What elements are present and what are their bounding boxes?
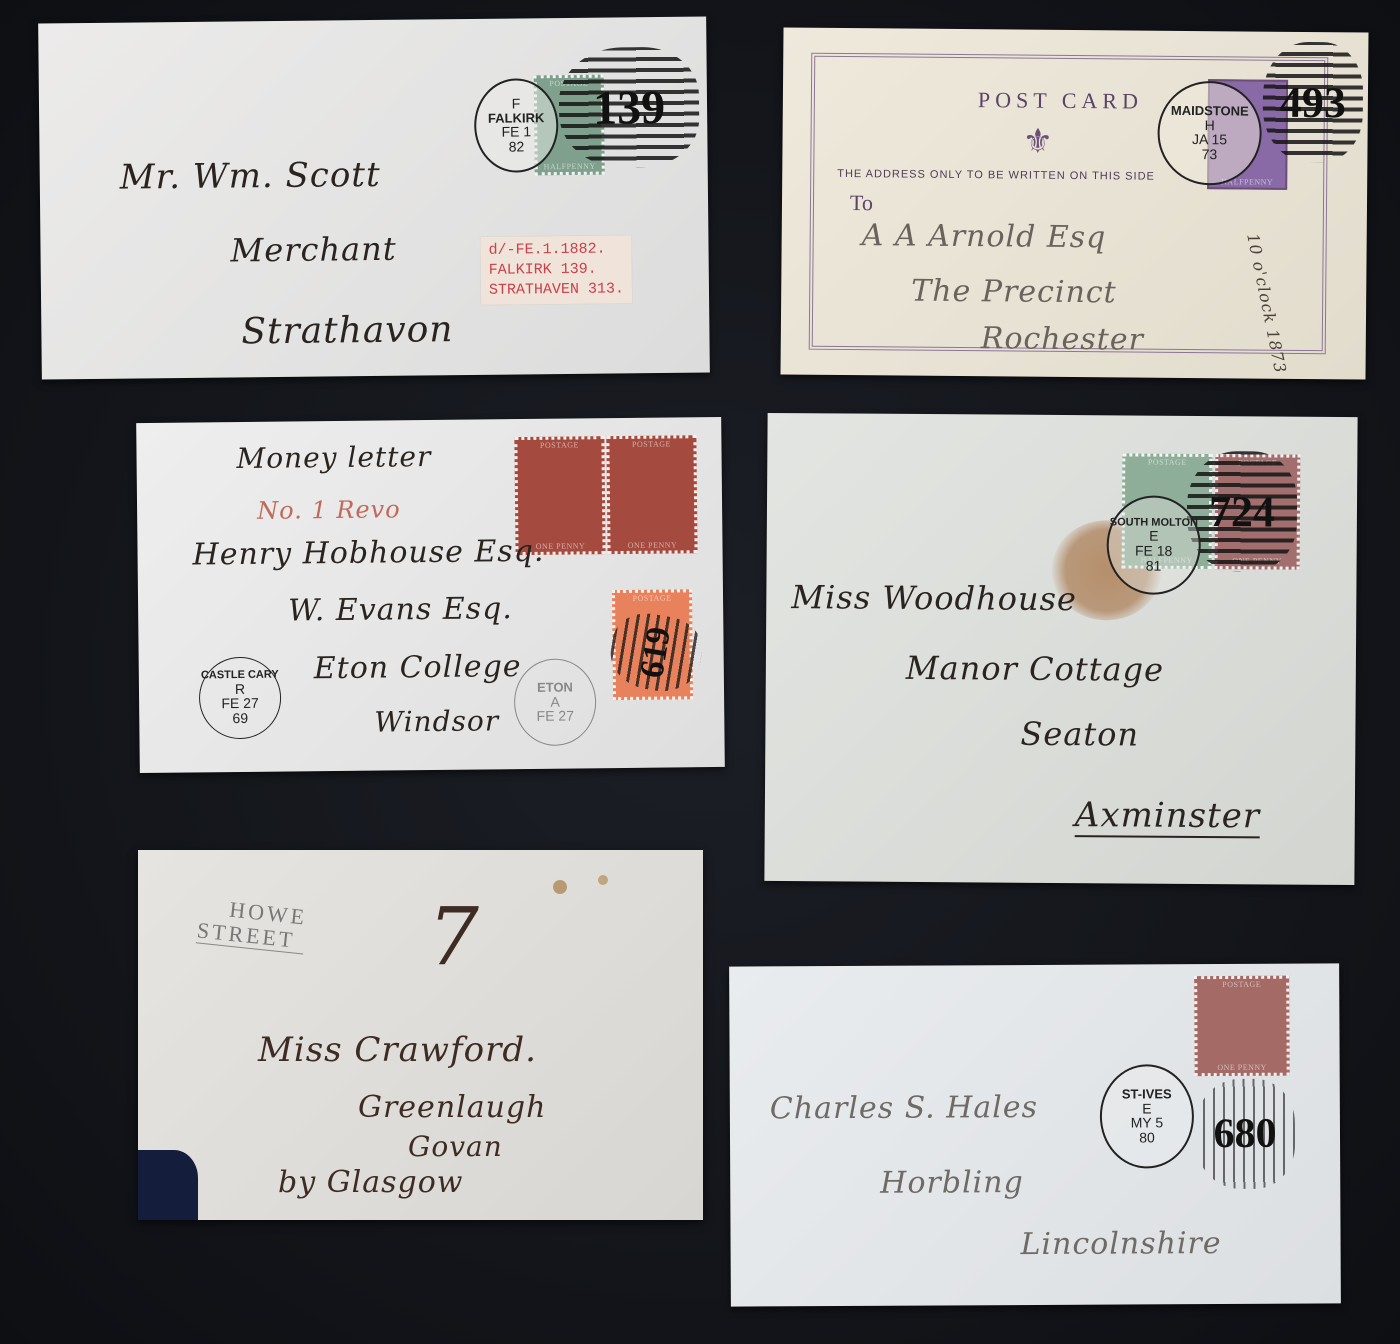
handstamp-howe-street: HOWE STREET	[196, 894, 309, 954]
postmark-maidstone: MAIDSTONE H JA 15 73	[1157, 81, 1262, 186]
penny-red-stamp: POSTAGE ONE PENNY	[606, 435, 697, 554]
address-line: Miss Crawford.	[258, 1030, 537, 1070]
address-line: Windsor	[374, 704, 499, 738]
address-line: Manor Cottage	[906, 649, 1164, 689]
postmark-st-ives: ST-IVES E MY 5 80	[1100, 1064, 1195, 1168]
cover-money-letter: POSTAGE ONE PENNY POSTAGE ONE PENNY POST…	[136, 417, 725, 773]
address-line: Greenlaugh	[358, 1090, 546, 1125]
collector-label: d/-FE.1.1882. FALKIRK 139. STRATHAVEN 31…	[480, 235, 632, 305]
duplex-cancel-724: 724	[1187, 451, 1298, 572]
postmark-south-molton: SOUTH MOLTON E FE 18 81	[1106, 495, 1201, 595]
address-line: Strathavon	[241, 309, 454, 352]
address-line: Miss Woodhouse	[791, 578, 1077, 618]
address-line: A A Arnold Esq	[862, 218, 1107, 255]
ink-stain	[138, 1150, 198, 1220]
red-annotation: No. 1 Revo	[257, 495, 401, 525]
money-letter-annotation: Money letter	[236, 440, 431, 475]
cover-maidstone-postcard: POST CARD ⚜ THE ADDRESS ONLY TO BE WRITT…	[780, 27, 1368, 379]
cover-howe-street: HOWE STREET 7 Miss Crawford. Greenlaugh …	[138, 850, 703, 1220]
address-line: Horbling	[880, 1165, 1024, 1201]
royal-arms-icon: ⚜	[1022, 122, 1053, 162]
cover-st-ives: POSTAGE ONE PENNY 680 ST-IVES E MY 5 80 …	[729, 963, 1341, 1306]
foxing-spot	[598, 875, 608, 885]
address-line: Eton College	[314, 649, 522, 686]
address-line: Merchant	[230, 230, 396, 270]
address-line: Lincolnshire	[1020, 1226, 1221, 1262]
rate-mark: 7	[428, 890, 480, 983]
duplex-cancel-680: 680	[1195, 1079, 1296, 1190]
address-line: The Precinct	[911, 274, 1117, 311]
to-label: To	[850, 190, 873, 216]
card-title: POST CARD	[978, 87, 1143, 114]
address-line: Govan	[408, 1130, 503, 1163]
address-line: Henry Hobhouse Esq.	[192, 534, 544, 573]
address-line: W. Evans Esq.	[288, 591, 513, 628]
duplex-cancel-493: 493	[1262, 42, 1363, 163]
address-line: Charles S. Hales	[770, 1090, 1038, 1126]
postmark-castle-cary: CASTLE CARY R FE 27 69	[199, 657, 282, 740]
cover-falkirk: POSTAGE HALFPENNY 139 F FALKIRK FE 1 82 …	[38, 17, 710, 380]
address-line: Axminster	[1075, 795, 1261, 838]
cover-south-molton: POSTAGE HALFPENNY POSTAGE ONE PENNY 724 …	[764, 413, 1357, 885]
postmark-eton: ETON A FE 27	[514, 658, 597, 746]
duplex-cancel-139: 139	[558, 47, 699, 168]
address-line: Mr. Wm. Scott	[120, 155, 381, 198]
address-line: by Glasgow	[278, 1165, 463, 1200]
foxing-spot	[553, 880, 567, 894]
address-line: Seaton	[1020, 715, 1139, 754]
address-line: Rochester	[981, 321, 1144, 357]
postmark-falkirk: F FALKIRK FE 1 82	[474, 78, 559, 173]
penny-venetian-red-stamp: POSTAGE ONE PENNY	[1194, 976, 1290, 1076]
